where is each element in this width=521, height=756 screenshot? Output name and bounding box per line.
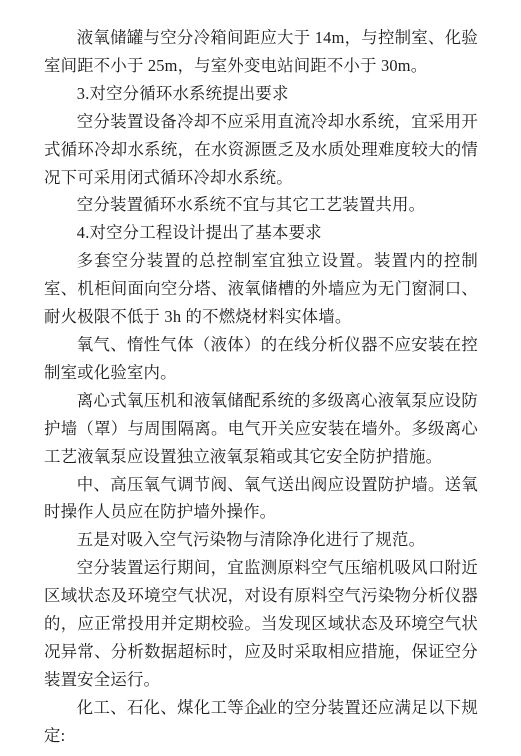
page-footer: 4 bbox=[0, 701, 521, 719]
paragraph: 五是对吸入空气污染物与清除净化进行了规范。 bbox=[44, 526, 478, 554]
paragraph: 空分装置运行期间，宜监测原料空气压缩机吸风口附近区域状态及环境空气状况，对设有原… bbox=[44, 554, 478, 694]
page-number: 4 bbox=[258, 703, 264, 717]
paragraph: 空分装置设备冷却不应采用直流冷却水系统，宜采用开式循环冷却水系统，在水资源匮乏及… bbox=[44, 108, 478, 192]
paragraph: 离心式氧压机和液氧储配系统的多级离心液氧泵应设防护墙（罩）与周围隔离。电气开关应… bbox=[44, 387, 478, 471]
document-body: 液氧储罐与空分冷箱间距应大于 14m，与控制室、化验室间距不小于 25m，与室外… bbox=[44, 24, 478, 750]
paragraph: 氧气、惰性气体（液体）的在线分析仪器不应安装在控制室或化验室内。 bbox=[44, 331, 478, 387]
paragraph-section-heading: 4.对空分工程设计提出了基本要求 bbox=[44, 219, 478, 247]
paragraph: 多套空分装置的总控制室宜独立设置。装置内的控制室、机柜间面向空分塔、液氧储槽的外… bbox=[44, 247, 478, 331]
paragraph: 中、高压氧气调节阀、氧气送出阀应设置防护墙。送氧时操作人员应在防护墙外操作。 bbox=[44, 471, 478, 527]
paragraph-section-heading: 3.对空分循环水系统提出要求 bbox=[44, 80, 478, 108]
paragraph: 液氧储罐与空分冷箱间距应大于 14m，与控制室、化验室间距不小于 25m，与室外… bbox=[44, 24, 478, 80]
document-page: 液氧储罐与空分冷箱间距应大于 14m，与控制室、化验室间距不小于 25m，与室外… bbox=[0, 0, 521, 756]
paragraph: 空分装置循环水系统不宜与其它工艺装置共用。 bbox=[44, 191, 478, 219]
